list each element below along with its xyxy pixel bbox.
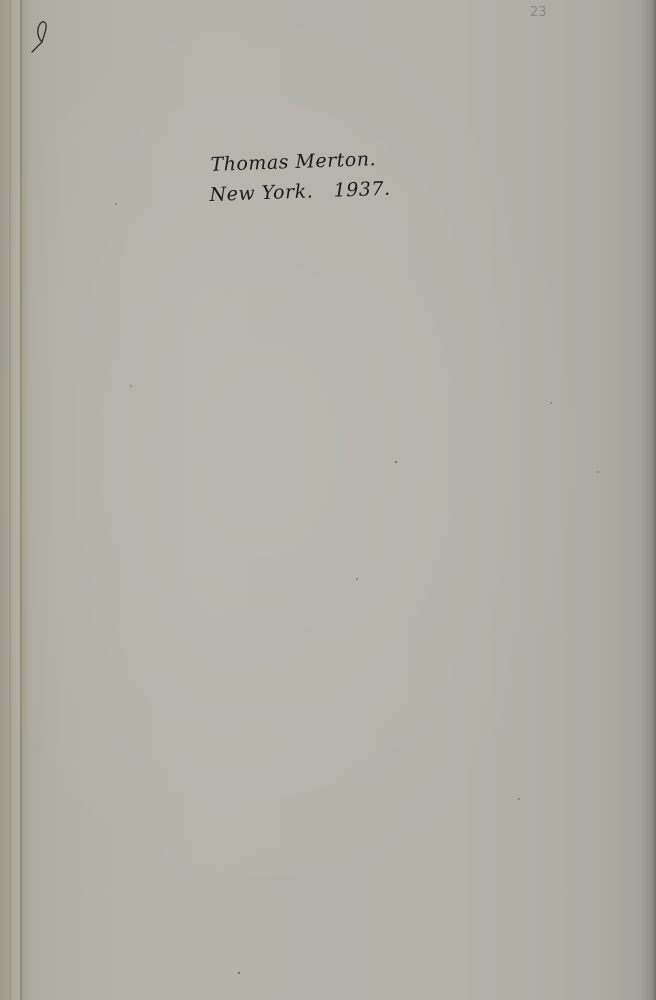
paper-speck	[130, 385, 132, 387]
pencil-page-number: 23	[530, 5, 547, 20]
paper-speck	[518, 798, 520, 800]
inscription-place-date: New York. 1937.	[209, 174, 391, 210]
pencil-loop-mark-icon	[28, 18, 52, 54]
paper-speck	[395, 461, 397, 463]
paper-speck	[597, 471, 599, 473]
handwritten-inscription: Thomas Merton. New York. 1937.	[208, 144, 391, 210]
page-edge-line	[9, 0, 11, 1000]
paper-speck	[550, 402, 552, 404]
paper-speck	[115, 203, 117, 205]
inscription-place: New York.	[209, 180, 313, 206]
paper-speck	[238, 972, 240, 974]
inscription-year: 1937.	[333, 178, 391, 202]
page-gutter-line	[20, 0, 22, 1000]
paper-speck	[356, 578, 358, 580]
book-page: 23 Thomas Merton. New York. 1937.	[0, 0, 656, 1000]
